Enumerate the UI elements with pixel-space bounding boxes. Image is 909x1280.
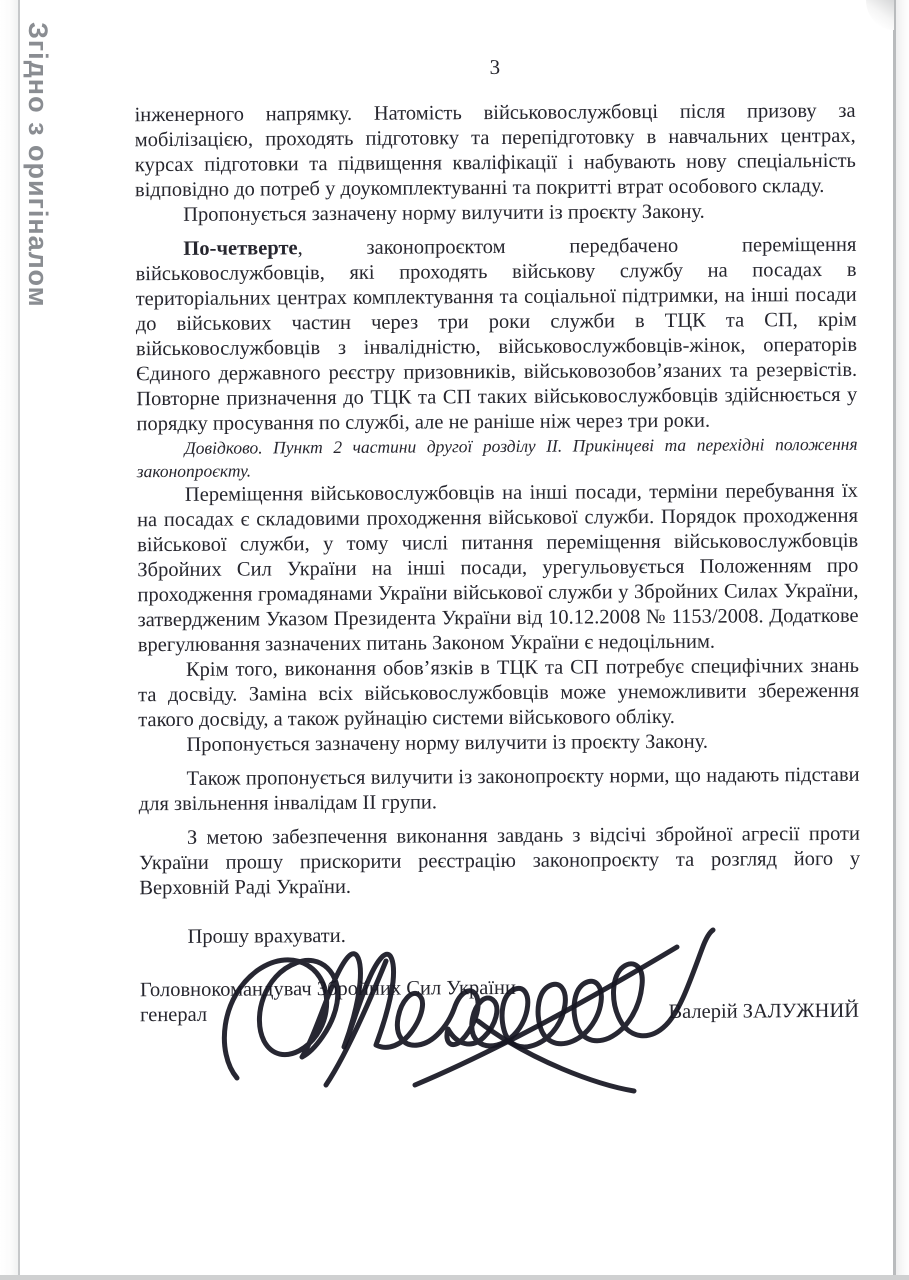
signature-block: Головнокомандувач Збройних Сил України г… [140, 974, 861, 1028]
page-edge-left [18, 0, 20, 1280]
page-number: 3 [134, 53, 855, 82]
paragraph-fourth-point-lead: По-четверте [183, 237, 297, 260]
paragraph-transfer-rules: Переміщення військовослужбовців на інші … [137, 479, 859, 658]
paragraph-registration-request: З метою забезпечення виконання завдань з… [139, 822, 860, 901]
page-edge-bottom [0, 1275, 909, 1280]
paragraph-specific-knowledge: Крім того, виконання обов’язків в ТЦК та… [138, 654, 859, 733]
paragraph-disability-norms: Також пропонується вилучити із законопро… [139, 763, 860, 817]
paragraph-reference-note: Довідково. Пункт 2 частини другої розділ… [137, 433, 858, 483]
certification-stamp-text: Згідно з оригіналом [22, 22, 53, 352]
paragraph-fourth-point-rest: , законопроєктом передбачено переміщення… [135, 234, 857, 435]
signature-mid-descender [478, 1021, 634, 1091]
signatory-name: Валерій ЗАЛУЖНИЙ [668, 999, 861, 1025]
page-margin-right [896, 0, 909, 1280]
signatory-position-line1: Головнокомандувач Збройних Сил України [140, 976, 516, 1003]
paragraph-proposal-2: Пропонується зазначену норму вилучити із… [138, 729, 859, 758]
document-text-column: 3 інженерного напрямку. Натомість військ… [134, 0, 861, 1028]
paragraph-please-consider: Прошу врахувати. [140, 921, 861, 950]
paragraph-fourth-point: По-четверте, законопроєктом передбачено … [135, 233, 857, 437]
paragraph-continued: інженерного напрямку. Натомість військов… [134, 99, 856, 203]
page-edge-right [893, 0, 896, 1280]
paragraph-proposal-1: Пропонується зазначену норму вилучити із… [135, 199, 856, 228]
scanned-document-page: { "stamp": { "text": "Згідно з оригінало… [0, 0, 909, 1280]
page-corner-curl [866, 0, 894, 30]
signatory-position: Головнокомандувач Збройних Сил України г… [140, 976, 516, 1028]
page-margin-left [0, 0, 18, 1280]
signatory-rank: генерал [140, 1001, 516, 1028]
